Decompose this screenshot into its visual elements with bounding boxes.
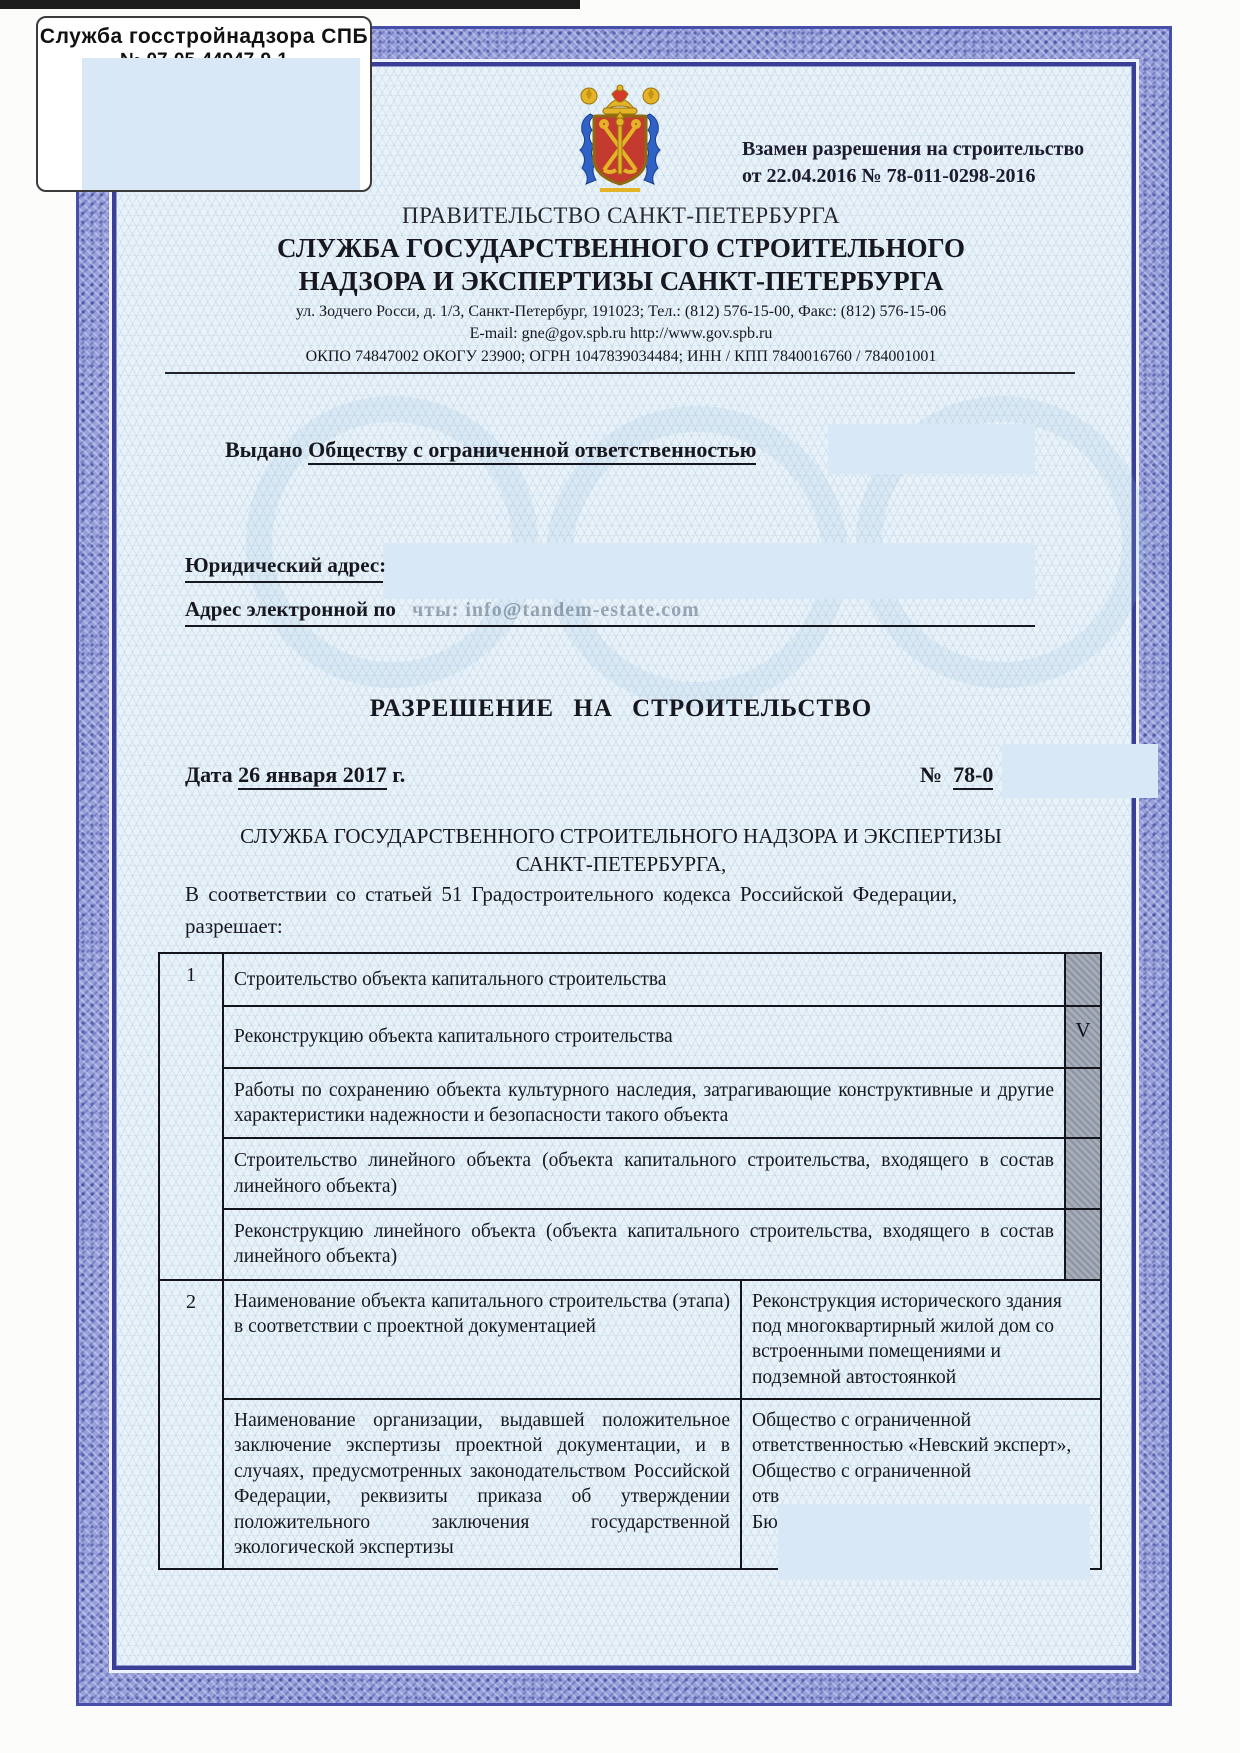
ornament-left [581,88,597,104]
email-ghost-text: чты: info@tandem-estate.com [412,599,700,622]
attribute-value: Реконструкция исторического здания под м… [742,1281,1100,1398]
permit-number-label: № [920,762,942,787]
service-contacts: E-mail: gne@gov.spb.ru http://www.gov.sp… [113,325,1129,343]
service-name-line2: НАДЗОРА И ЭКСПЕРТИЗЫ САНКТ-ПЕТЕРБУРГА [113,266,1129,297]
scanned-permit-document: Служба госстройнадзора СПБ № 07-05-44947… [0,0,1240,1753]
attribute-label: Наименование объекта капитального строит… [224,1281,742,1398]
item2-number: 2 [160,1281,224,1568]
checkbox-cell [1064,1139,1100,1208]
work-type-text: Строительство объекта капитального строи… [224,954,1064,1005]
expert-org-line1: Общество с ограниченной ответственностью… [752,1408,1090,1459]
issued-value: Обществу с ограниченной ответственностью [308,437,756,465]
date-value: 26 января 2017 [238,762,387,790]
redaction-box-stamp [82,58,360,190]
shield [594,112,646,184]
letterhead-divider [165,372,1075,374]
checkbox-cell [1064,1069,1100,1138]
table-row: Наименование объекта капитального строит… [224,1281,1100,1400]
table-item-2: 2 Наименование объекта капитального стро… [160,1279,1100,1568]
table-row: Работы по сохранению объекта культурного… [224,1069,1100,1140]
table-row: Реконструкцию линейного объекта (объекта… [224,1210,1100,1279]
email-label: Адрес электронной по [185,597,396,622]
permit-number-value: 78-0 [953,762,993,790]
redaction-box-address [383,543,1035,599]
ornament-right [643,88,659,104]
table-row: Реконструкцию объекта капитального строи… [224,1007,1100,1068]
work-type-text: Строительство линейного объекта (объекта… [224,1139,1064,1208]
redaction-box-expert-org [778,1504,1090,1580]
work-type-text: Реконструкцию объекта капитального строи… [224,1007,1064,1066]
permit-number-line: № 78-0 [920,762,993,788]
issuer-line1: СЛУЖБА ГОСУДАРСТВЕННОГО СТРОИТЕЛЬНОГО НА… [113,824,1129,849]
date-label: Дата [185,762,233,787]
legal-address-label: Юридический адрес: [185,553,386,578]
service-registration-codes: ОКПО 74847002 ОКОГУ 23900; ОГРН 10478390… [113,348,1129,366]
attribute-value: Общество с ограниченной ответственностью… [742,1400,1100,1568]
table-item-1: 1 Строительство объекта капитального стр… [160,954,1100,1279]
work-type-text: Работы по сохранению объекта культурного… [224,1069,1064,1138]
issued-label: Выдано [225,437,303,462]
issued-to-line: Выдано Обществу с ограниченной ответстве… [225,437,756,463]
redaction-box-permit-number [1002,744,1158,798]
replacement-note-line2: от 22.04.2016 № 78-011-0298-2016 [742,163,1102,190]
email-underline [185,625,1035,627]
redaction-box-company [828,424,1035,474]
service-name-line1: СЛУЖБА ГОСУДАРСТВЕННОГО СТРОИТЕЛЬНОГО [113,233,1129,264]
government-title: ПРАВИТЕЛЬСТВО САНКТ-ПЕТЕРБУРГА [113,203,1129,229]
imperial-crown [603,85,637,114]
legal-basis-text: В соответствии со статьей 51 Градостроит… [185,882,1045,907]
checkbox-cell [1064,1210,1100,1279]
replacement-note-line1: Взамен разрешения на строительство [742,136,1102,163]
table-row: Наименование организации, выдавшей полож… [224,1400,1100,1568]
coat-of-arms-st-petersburg [556,80,684,204]
checkbox-cell [1064,954,1100,1005]
replacement-note: Взамен разрешения на строительство от 22… [742,136,1102,190]
table-row: Строительство линейного объекта (объекта… [224,1139,1100,1210]
attribute-label: Наименование организации, выдавшей полож… [224,1400,742,1568]
service-address: ул. Зодчего Росси, д. 1/3, Санкт-Петербу… [113,303,1129,321]
document-title: РАЗРЕШЕНИЕ НА СТРОИТЕЛЬСТВО [113,695,1129,723]
work-type-text: Реконструкцию линейного объекта (объекта… [224,1210,1064,1279]
item1-number: 1 [160,954,224,1279]
permits-text: разрешает: [185,914,283,939]
date-line: Дата 26 января 2017 г. [185,762,405,788]
scan-artifact [0,0,580,9]
expert-org-line2: Общество с ограниченной [752,1459,1090,1484]
date-suffix: г. [392,762,405,787]
table-row: Строительство объекта капитального строи… [224,954,1100,1007]
permit-table: 1 Строительство объекта капитального стр… [158,952,1102,1570]
stamp-agency-name: Служба госстройнадзора СПБ [38,25,370,49]
issuer-line2: САНКТ-ПЕТЕРБУРГА, [113,852,1129,877]
checkbox-cell-checked: V [1064,1007,1100,1066]
